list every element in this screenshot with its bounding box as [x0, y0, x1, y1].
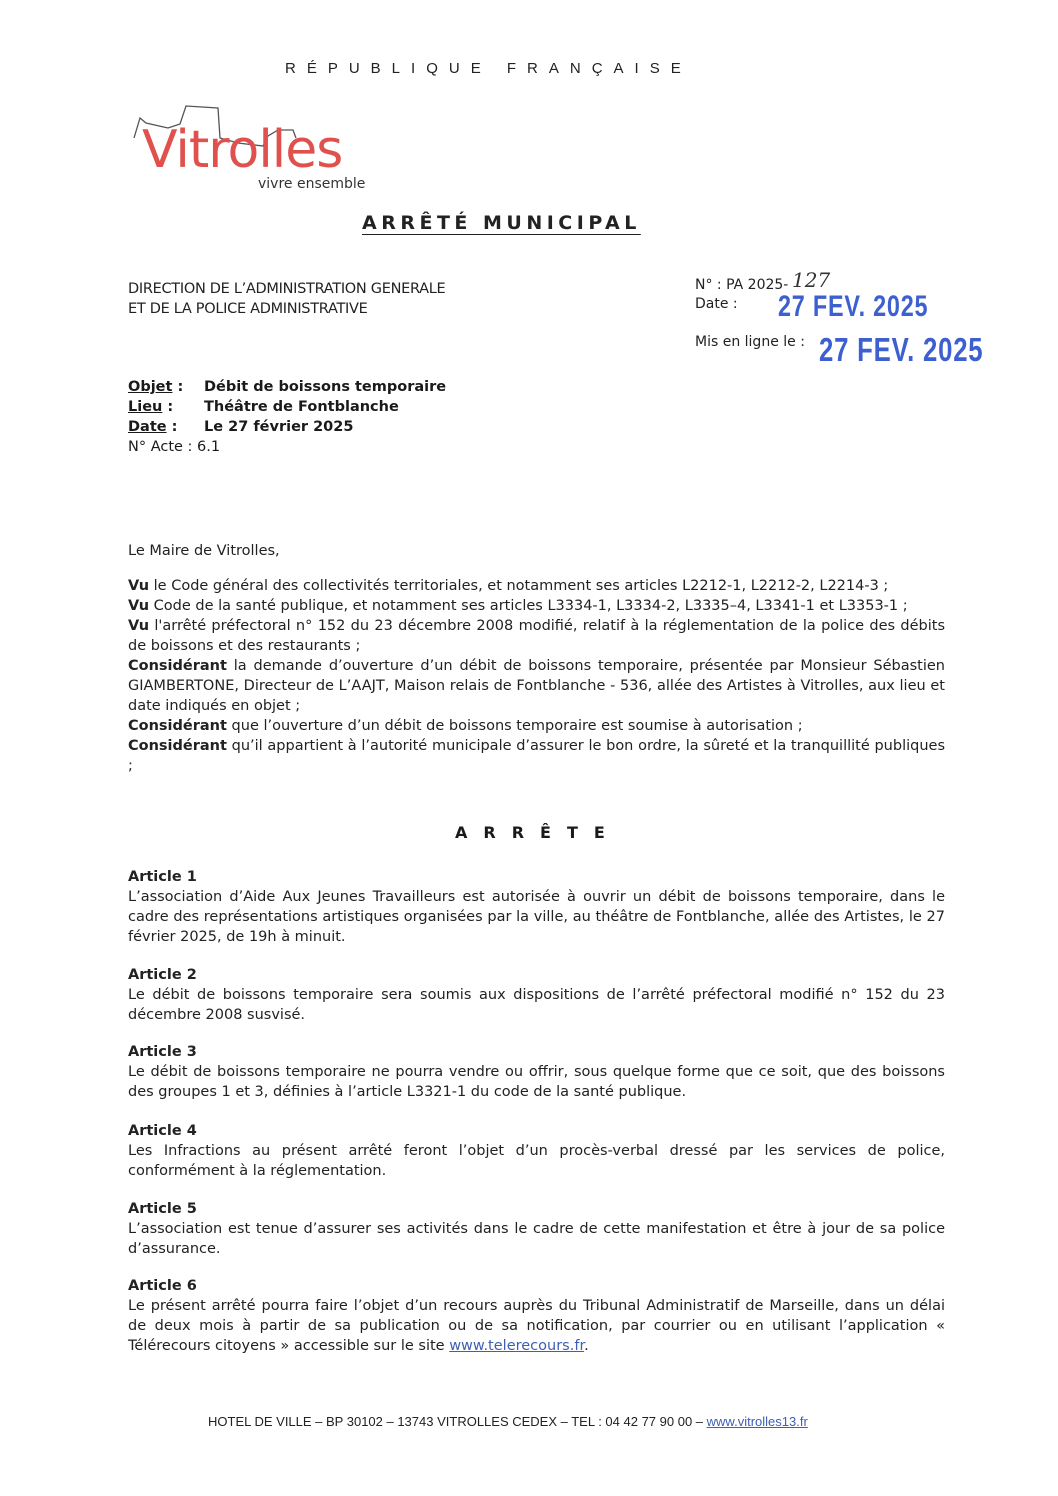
date-value: Le 27 février 2025 — [204, 417, 353, 437]
article-title: Article 6 — [128, 1276, 945, 1296]
arrete-heading: ARRÊTE — [455, 823, 621, 842]
article-text: Le débit de boissons temporaire sera sou… — [128, 985, 945, 1025]
preamble-item: Considérant la demande d’ouverture d’un … — [128, 656, 945, 716]
preamble-list: Vu le Code général des collectivités ter… — [128, 576, 945, 776]
footer: HOTEL DE VILLE – BP 30102 – 13743 VITROL… — [208, 1414, 808, 1429]
direction-block: DIRECTION DE L’ADMINISTRATION GENERALE E… — [128, 279, 445, 319]
vitrolles-logo: Vitrolles vivre ensemble — [128, 98, 388, 198]
telerecours-link[interactable]: www.telerecours.fr — [449, 1338, 584, 1354]
article-title: Article 5 — [128, 1199, 945, 1219]
article-text: L’association d’Aide Aux Jeunes Travaill… — [128, 887, 945, 947]
article-text: Le débit de boissons temporaire ne pourr… — [128, 1062, 945, 1102]
date-field-label: Date — [128, 419, 167, 435]
article-2: Article 2 Le débit de boissons temporair… — [128, 965, 945, 1025]
article-4: Article 4 Les Infractions au présent arr… — [128, 1121, 945, 1181]
footer-address: HOTEL DE VILLE – BP 30102 – 13743 VITROL… — [208, 1414, 707, 1429]
objet-row: Objet : Débit de boissons temporaire — [128, 377, 446, 397]
article-title: Article 4 — [128, 1121, 945, 1141]
date-row: Date : Le 27 février 2025 — [128, 417, 446, 437]
preamble-item: Vu l'arrêté préfectoral n° 152 du 23 déc… — [128, 616, 945, 656]
article-text: Le présent arrêté pourra faire l’objet d… — [128, 1296, 945, 1356]
article-1: Article 1 L’association d’Aide Aux Jeune… — [128, 867, 945, 947]
object-block: Objet : Débit de boissons temporaire Lie… — [128, 377, 446, 457]
article-text: Les Infractions au présent arrêté feront… — [128, 1141, 945, 1181]
reference-number-handwritten: 127 — [792, 268, 830, 292]
objet-value: Débit de boissons temporaire — [204, 377, 446, 397]
lieu-label: Lieu — [128, 399, 162, 415]
reference-number-label: N° : PA 2025- — [695, 277, 788, 293]
date-stamp: 27 FEV. 2025 — [778, 290, 928, 324]
preamble-item: Considérant qu’il appartient à l’autorit… — [128, 736, 945, 776]
article-3: Article 3 Le débit de boissons temporair… — [128, 1042, 945, 1102]
objet-label: Objet — [128, 379, 172, 395]
article-6: Article 6 Le présent arrêté pourra faire… — [128, 1276, 945, 1356]
date-label: Date : — [695, 296, 738, 312]
lieu-value: Théâtre de Fontblanche — [204, 397, 399, 417]
article-5: Article 5 L’association est tenue d’assu… — [128, 1199, 945, 1259]
online-date-stamp: 27 FEV. 2025 — [819, 331, 983, 369]
direction-line-2: ET DE LA POLICE ADMINISTRATIVE — [128, 299, 445, 319]
article-title: Article 2 — [128, 965, 945, 985]
logo-tagline: vivre ensemble — [258, 176, 365, 192]
lieu-row: Lieu : Théâtre de Fontblanche — [128, 397, 446, 417]
preamble-item: Considérant que l’ouverture d’un débit d… — [128, 716, 945, 736]
article-title: Article 3 — [128, 1042, 945, 1062]
acte-number: N° Acte : 6.1 — [128, 437, 446, 457]
document-title: ARRÊTÉ MUNICIPAL — [362, 212, 641, 234]
online-label: Mis en ligne le : — [695, 334, 805, 350]
article-title: Article 1 — [128, 867, 945, 887]
logo-wordmark: Vitrolles — [142, 120, 342, 180]
preamble-item: Vu Code de la santé publique, et notamme… — [128, 596, 945, 616]
direction-line-1: DIRECTION DE L’ADMINISTRATION GENERALE — [128, 279, 445, 299]
article-text: L’association est tenue d’assurer ses ac… — [128, 1219, 945, 1259]
vitrolles-website-link[interactable]: www.vitrolles13.fr — [707, 1414, 808, 1429]
preamble-item: Vu le Code général des collectivités ter… — [128, 576, 945, 596]
republique-heading: RÉPUBLIQUE FRANÇAISE — [285, 60, 692, 77]
maire-line: Le Maire de Vitrolles, — [128, 541, 945, 561]
